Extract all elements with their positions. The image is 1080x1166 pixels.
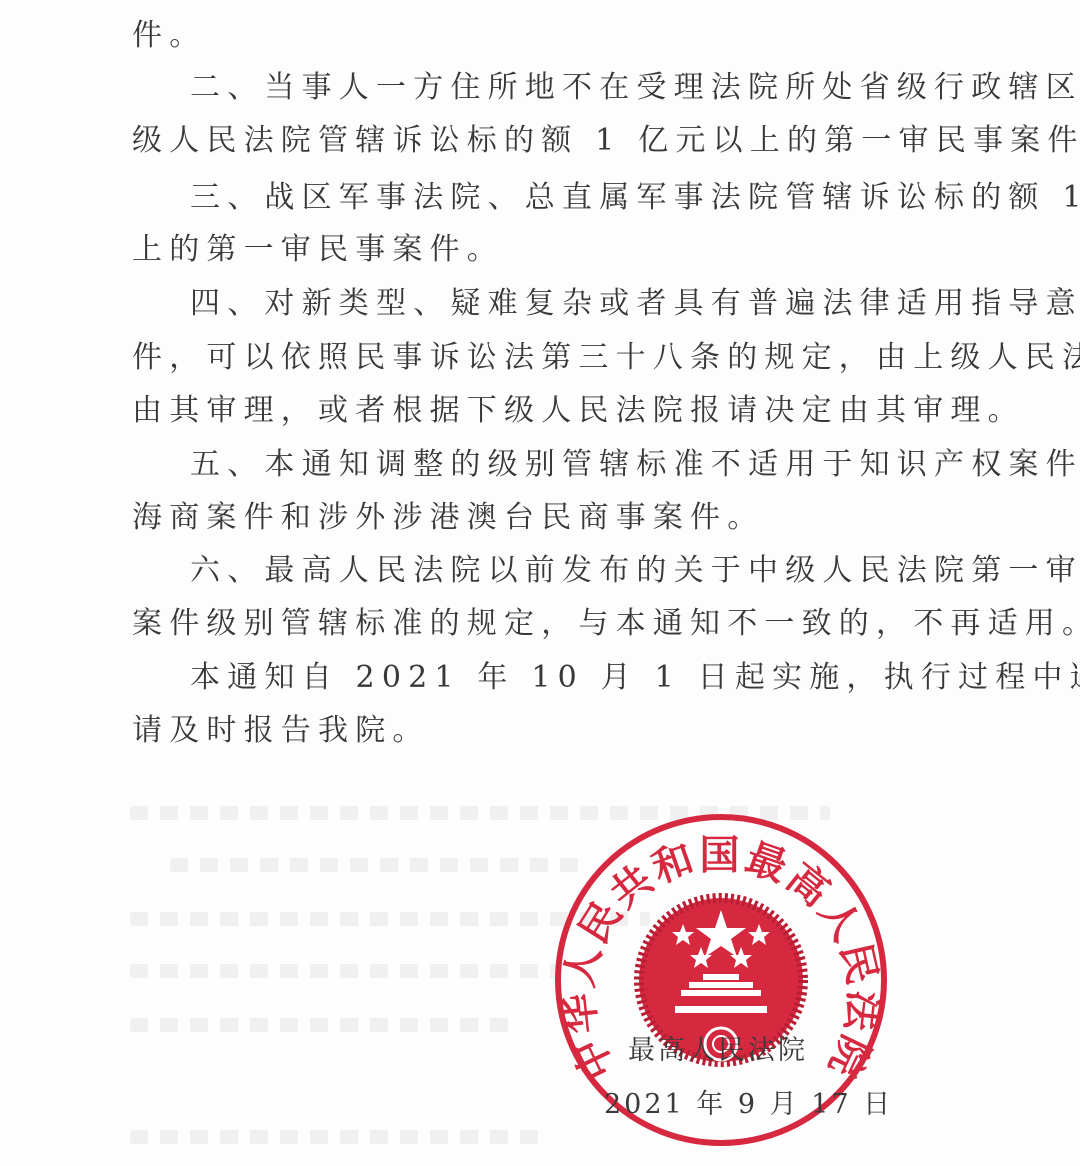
paragraph-line: 件。: [132, 16, 206, 56]
paragraph-line: 三、战区军事法院、总直属军事法院管辖诉讼标的额 1 亿元以: [190, 178, 1080, 218]
paragraph-line: 上的第一审民事案件。: [132, 230, 504, 270]
paragraph-line: 四、对新类型、疑难复杂或者具有普遍法律适用指导意义的案: [190, 284, 1080, 324]
bleed-through-text: [130, 1130, 550, 1144]
bleed-through-text: [130, 964, 560, 978]
paragraph-line: 级人民法院管辖诉讼标的额 1 亿元以上的第一审民事案件。: [132, 121, 1080, 161]
paragraph-line: 件，可以依照民事诉讼法第三十八条的规定，由上级人民法院决定: [132, 338, 1080, 378]
bleed-through-text: [170, 858, 590, 872]
paragraph-line: 由其审理，或者根据下级人民法院报请决定由其审理。: [132, 391, 1025, 431]
issuer-signature: 最高人民法院: [628, 1028, 808, 1067]
paragraph-line: 海商案件和涉外涉港澳台民商事案件。: [132, 498, 764, 538]
paragraph-line: 六、最高人民法院以前发布的关于中级人民法院第一审民事: [190, 551, 1080, 591]
paragraph-line: 本通知自 2021 年 10 月 1 日起实施，执行过程中遇到的问题，: [190, 658, 1080, 698]
bleed-through-text: [130, 1018, 520, 1032]
paragraph-line: 五、本通知调整的级别管辖标准不适用于知识产权案件、海事: [190, 445, 1080, 485]
paragraph-line: 案件级别管辖标准的规定，与本通知不一致的，不再适用。: [132, 604, 1080, 644]
paragraph-line: 二、当事人一方住所地不在受理法院所处省级行政辖区的，中: [190, 68, 1080, 108]
paragraph-line: 请及时报告我院。: [132, 711, 430, 751]
scanned-document-page: 件。 二、当事人一方住所地不在受理法院所处省级行政辖区的，中 级人民法院管辖诉讼…: [0, 0, 1080, 1166]
issue-date: 2021 年 9 月 17 日: [604, 1082, 893, 1121]
